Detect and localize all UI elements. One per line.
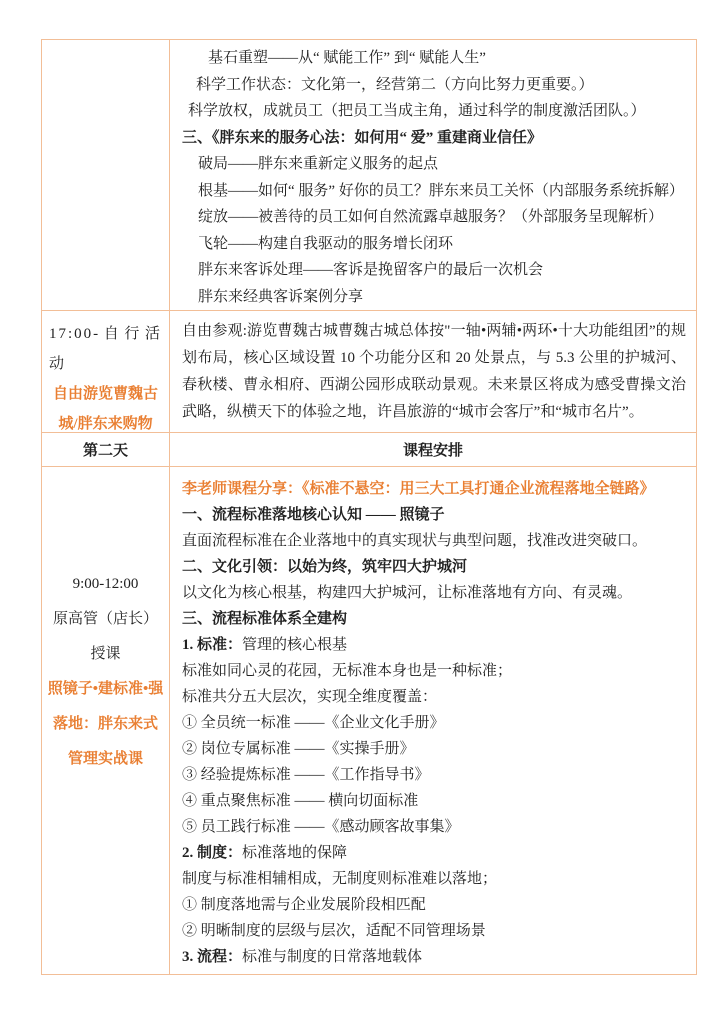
lecturer-line: 原高管（店长） xyxy=(46,602,165,637)
lecturer-lines: 9:00-12:00原高管（店长）授课 xyxy=(46,567,165,672)
content-line: 科学放权，成就员工（把员工当成主角，通过科学的制度激活团队。） xyxy=(182,98,688,125)
course-arrangement-label: 课程安排 xyxy=(170,433,696,466)
activity-description-cell: 自由参观:游览曹魏古城曹魏古城总体按"一轴•两辅•两环•十大功能组团”的规划布局… xyxy=(170,311,696,432)
content-line: ① 全员统一标准 ——《企业文化手册》 xyxy=(182,710,688,736)
day-label: 第二天 xyxy=(42,433,170,466)
content-line: ② 明晰制度的层级与层次，适配不同管理场景 xyxy=(182,918,688,944)
course-title: 照镜子•建标准•强落地：胖东来式管理实战课 xyxy=(46,672,165,777)
content-line: ③ 经验提炼标准 ——《工作指导书》 xyxy=(182,762,688,788)
content-line: 胖东来经典客诉案例分享 xyxy=(182,284,688,311)
day2-header-row: 第二天 课程安排 xyxy=(42,433,696,467)
document-page: 基石重塑——从“ 赋能工作” 到“ 赋能人生”科学工作状态：文化第一，经营第二（… xyxy=(0,0,724,1024)
content-line: ① 制度落地需与企业发展阶段相匹配 xyxy=(182,892,688,918)
activity-time: 17:00-自行活动 xyxy=(49,319,162,379)
content-line: 标准共分五大层次，实现全维度覆盖： xyxy=(182,684,688,710)
content-line: ⑤ 员工践行标准 ——《感动顾客故事集》 xyxy=(182,814,688,840)
content-line: ④ 重点聚焦标准 —— 横向切面标准 xyxy=(182,788,688,814)
day2-content-cell: 李老师课程分享：《标准不悬空：用三大工具打通企业流程落地全链路》一、流程标准落地… xyxy=(170,467,696,974)
activity-time-cell: 17:00-自行活动 自由游览曹魏古城/胖东来购物 xyxy=(42,311,170,432)
schedule-table: 基石重塑——从“ 赋能工作” 到“ 赋能人生”科学工作状态：文化第一，经营第二（… xyxy=(41,39,697,975)
content-line: 根基——如何“ 服务” 好你的员工？胖东来员工关怀（内部服务系统拆解） xyxy=(182,178,688,205)
content-line: 二、文化引领：以始为终，筑牢四大护城河 xyxy=(182,554,688,580)
content-line: 绽放——被善待的员工如何自然流露卓越服务？（外部服务呈现解析） xyxy=(182,204,688,231)
day2-morning-row: 9:00-12:00原高管（店长）授课 照镜子•建标准•强落地：胖东来式管理实战… xyxy=(42,467,696,974)
lecturer-line: 9:00-12:00 xyxy=(46,567,165,602)
content-line: ② 岗位专属标准 ——《实操手册》 xyxy=(182,736,688,762)
content-line: 3. 流程：标准与制度的日常落地载体 xyxy=(182,944,688,970)
day1-content-row: 基石重塑——从“ 赋能工作” 到“ 赋能人生”科学工作状态：文化第一，经营第二（… xyxy=(42,40,696,311)
day1-left-empty-cell xyxy=(42,40,170,310)
content-line: 胖东来客诉处理——客诉是挽留客户的最后一次机会 xyxy=(182,257,688,284)
content-line: 一、流程标准落地核心认知 —— 照镜子 xyxy=(182,502,688,528)
activity-description: 自由参观:游览曹魏古城曹魏古城总体按"一轴•两辅•两环•十大功能组团”的规划布局… xyxy=(170,311,696,426)
day2-lecturer-cell: 9:00-12:00原高管（店长）授课 照镜子•建标准•强落地：胖东来式管理实战… xyxy=(42,467,170,974)
content-line: 基石重塑——从“ 赋能工作” 到“ 赋能人生” xyxy=(182,45,688,72)
content-line: 制度与标准相辅相成，无制度则标准难以落地； xyxy=(182,866,688,892)
content-line: 2. 制度：标准落地的保障 xyxy=(182,840,688,866)
day1-content-cell: 基石重塑——从“ 赋能工作” 到“ 赋能人生”科学工作状态：文化第一，经营第二（… xyxy=(170,40,696,310)
content-line: 三、流程标准体系全建构 xyxy=(182,606,688,632)
content-line: 科学工作状态：文化第一，经营第二（方向比努力更重要。） xyxy=(182,72,688,99)
content-line: 标准如同心灵的花园，无标准本身也是一种标准； xyxy=(182,658,688,684)
content-line: 以文化为核心根基，构建四大护城河，让标准落地有方向、有灵魂。 xyxy=(182,580,688,606)
content-line: 破局——胖东来重新定义服务的起点 xyxy=(182,151,688,178)
lecturer-line: 授课 xyxy=(46,637,165,672)
content-line: 飞轮——构建自我驱动的服务增长闭环 xyxy=(182,231,688,258)
activity-note: 自由游览曹魏古城/胖东来购物 xyxy=(49,379,162,432)
content-line: 李老师课程分享：《标准不悬空：用三大工具打通企业流程落地全链路》 xyxy=(182,476,688,502)
content-line: 三、《胖东来的服务心法：如何用“ 爱” 重建商业信任》 xyxy=(182,125,688,152)
free-activity-row: 17:00-自行活动 自由游览曹魏古城/胖东来购物 自由参观:游览曹魏古城曹魏古… xyxy=(42,311,696,433)
content-line: 直面流程标准在企业落地中的真实现状与典型问题，找准改进突破口。 xyxy=(182,528,688,554)
content-line: 1. 标准：管理的核心根基 xyxy=(182,632,688,658)
